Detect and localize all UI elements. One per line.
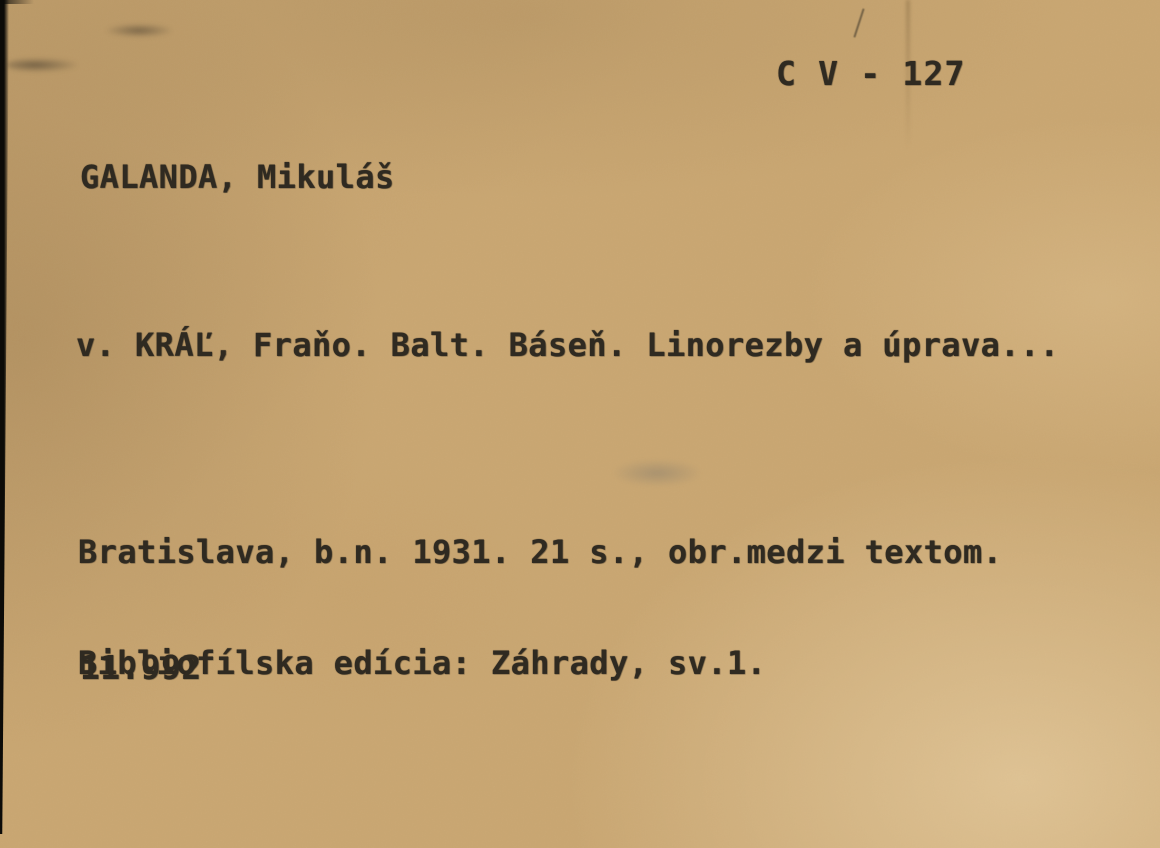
scan-edge-shadow xyxy=(0,0,9,834)
imprint-line-1: Bratislava, b.n. 1931. 21 s., obr.medzi … xyxy=(78,534,1002,571)
imprint-block: Bratislava, b.n. 1931. 21 s., obr.medzi … xyxy=(78,460,1002,756)
cross-reference-line: v. KRÁĽ, Fraňo. Balt. Báseň. Linorezby a… xyxy=(76,326,1059,364)
catalog-card: C V - 127 GALANDA, Mikuláš v. KRÁĽ, Fraň… xyxy=(0,0,1160,848)
scan-edge-corner xyxy=(0,0,34,4)
author-heading: GALANDA, Mikuláš xyxy=(80,158,395,196)
call-number: C V - 127 xyxy=(776,54,966,93)
pencil-smudge xyxy=(6,58,78,72)
pencil-smudge xyxy=(106,24,172,37)
scratch-mark xyxy=(853,8,864,37)
accession-number: 11.992 xyxy=(80,648,202,687)
imprint-line-2: Bibliofílska edícia: Záhrady, sv.1. xyxy=(78,645,1002,682)
